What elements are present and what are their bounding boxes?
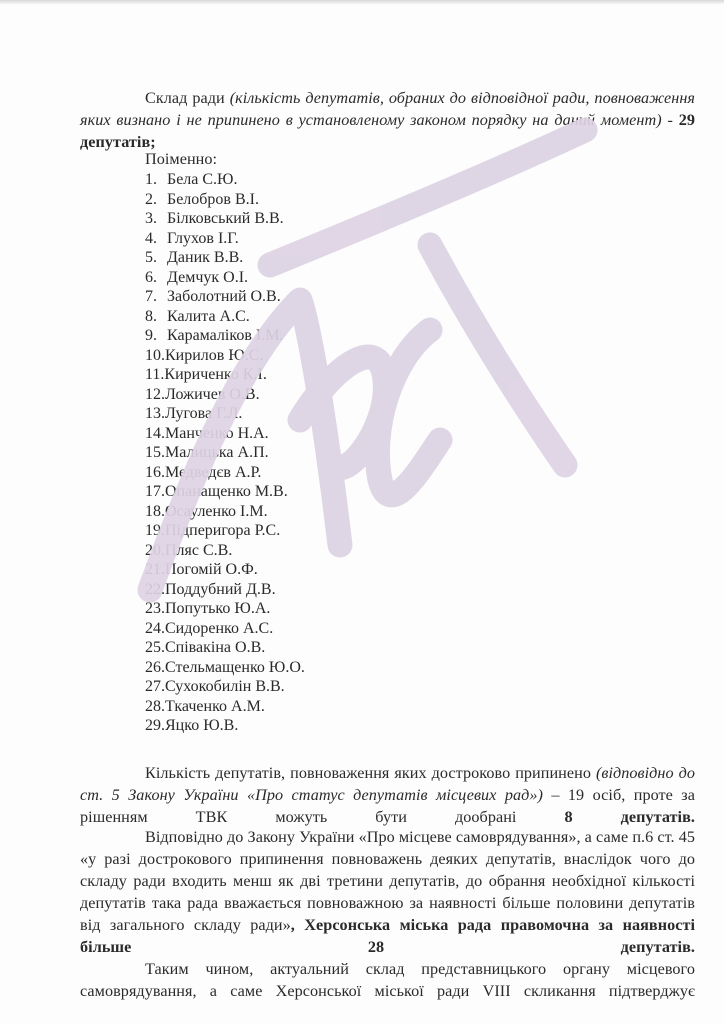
deputy-list-item: 4.Глухов І.Г. (145, 229, 545, 249)
deputy-list-item: 10.Кирилов Ю.С. (145, 346, 545, 366)
deputy-list-item: 27.Сухокобилін В.В. (145, 677, 545, 697)
deputy-list-item: 28.Ткаченко А.М. (145, 697, 545, 717)
deputy-name: Кирилов Ю.С. (165, 347, 263, 364)
deputy-number: 7. (145, 287, 167, 307)
deputy-number: 25. (145, 638, 165, 658)
law-comma: , (291, 916, 295, 934)
deputy-list-item: 8.Калита А.С. (145, 307, 545, 327)
deputy-name: Медведєв А.Р. (165, 464, 261, 481)
deputy-name: Демчук О.І. (167, 269, 248, 286)
deputy-name: Співакіна О.В. (165, 639, 265, 656)
deputy-name: Глухов І.Г. (167, 230, 239, 247)
deputy-list-item: 5.Даник В.В. (145, 248, 545, 268)
final-text: Таким чином, актуальний склад представни… (80, 960, 695, 1000)
deputy-number: 13. (145, 404, 165, 424)
deputy-list-item: 12.Ложичев О.В. (145, 385, 545, 405)
deputy-number: 20. (145, 541, 165, 561)
deputy-name: Сухокобилін В.В. (165, 678, 285, 695)
deputy-list-item: 13.Лугова Г.Л. (145, 404, 545, 424)
deputy-number: 15. (145, 443, 165, 463)
deputy-number: 18. (145, 502, 165, 522)
terminated-reelect-count: 8 депутатів. (564, 808, 695, 826)
composition-dash: - (662, 111, 679, 129)
deputy-list-item: 24.Сидоренко А.С. (145, 619, 545, 639)
deputy-number: 4. (145, 229, 167, 249)
deputy-list-item: 19.Підперигора Р.С. (145, 521, 545, 541)
deputy-number: 28. (145, 697, 165, 717)
deputy-number: 23. (145, 599, 165, 619)
deputy-list-item: 7.Заболотний О.В. (145, 287, 545, 307)
deputy-number: 22. (145, 580, 165, 600)
deputy-name: Лугова Г.Л. (165, 405, 242, 422)
deputy-number: 10. (145, 346, 165, 366)
terminated-deputies-paragraph: Кількість депутатів, повноваження яких д… (80, 762, 695, 828)
deputy-name: Поддубний Д.В. (165, 581, 276, 598)
deputy-name: Опанащенко М.В. (165, 483, 288, 500)
deputy-list-item: 26.Стельмащенко Ю.О. (145, 658, 545, 678)
deputy-list-item: 25.Співакіна О.В. (145, 638, 545, 658)
deputy-list-item: 18.Осауленко І.М. (145, 502, 545, 522)
deputy-number: 5. (145, 248, 167, 268)
deputy-list-item: 14.Манченко Н.А. (145, 424, 545, 444)
deputy-name: Даник В.В. (167, 249, 243, 266)
deputy-number: 9. (145, 326, 167, 346)
list-heading: Поіменно: (145, 148, 445, 170)
deputy-list-item: 15.Малицька А.П. (145, 443, 545, 463)
deputy-name: Білковський В.В. (167, 210, 284, 227)
deputy-list-item: 21.Погомій О.Ф. (145, 560, 545, 580)
deputy-name: Кириченко К.І. (164, 366, 266, 383)
composition-paragraph: Склад ради (кількість депутатів, обраних… (80, 87, 695, 153)
deputy-list-item: 3.Білковський В.В. (145, 209, 545, 229)
deputy-number: 6. (145, 268, 167, 288)
terminated-lead: Кількість депутатів, повноваження яких д… (145, 764, 591, 782)
deputy-number: 12. (145, 385, 165, 405)
deputy-name: Пляс С.В. (165, 542, 232, 559)
deputy-name: Яцко Ю.В. (165, 717, 238, 734)
deputy-name: Заболотний О.В. (167, 288, 281, 305)
deputy-list-item: 1.Бела С.Ю. (145, 170, 545, 190)
scanned-document-page: Склад ради (кількість депутатів, обраних… (0, 0, 724, 1024)
law-paragraph: Відповідно до Закону України «Про місцев… (80, 826, 695, 958)
deputy-list-item: 22.Поддубний Д.В. (145, 580, 545, 600)
deputy-name: Бела С.Ю. (167, 171, 238, 188)
deputy-list-item: 9.Карамаліков І.М. (145, 326, 545, 346)
deputy-name: Погомій О.Ф. (165, 561, 258, 578)
deputy-number: 17. (145, 482, 165, 502)
deputy-number: 2. (145, 190, 167, 210)
deputy-number: 19. (145, 521, 165, 541)
deputy-list-item: 2.Белобров В.І. (145, 190, 545, 210)
deputy-name: Попутько Ю.А. (165, 600, 270, 617)
deputy-number: 14. (145, 424, 165, 444)
deputy-number: 26. (145, 658, 165, 678)
deputy-list-item: 16.Медведєв А.Р. (145, 463, 545, 483)
deputy-number: 8. (145, 307, 167, 327)
final-paragraph: Таким чином, актуальний склад представни… (80, 958, 695, 1002)
deputy-name: Манченко Н.А. (165, 425, 269, 442)
deputy-number: 27. (145, 677, 165, 697)
deputy-name: Сидоренко А.С. (165, 620, 273, 637)
deputy-name: Ткаченко А.М. (165, 698, 265, 715)
deputy-list-item: 23.Попутько Ю.А. (145, 599, 545, 619)
deputy-name: Підперигора Р.С. (165, 522, 280, 539)
deputy-name: Стельмащенко Ю.О. (165, 659, 305, 676)
deputy-number: 29. (145, 716, 165, 736)
deputy-name: Белобров В.І. (167, 191, 259, 208)
deputy-list-item: 17.Опанащенко М.В. (145, 482, 545, 502)
deputy-list-item: 11.Кириченко К.І. (145, 365, 545, 385)
deputy-list-item: 29.Яцко Ю.В. (145, 716, 545, 736)
deputy-name: Калита А.С. (167, 308, 250, 325)
deputy-number: 21. (145, 560, 165, 580)
deputy-number: 11. (145, 365, 164, 385)
deputy-number: 24. (145, 619, 165, 639)
deputy-list-item: 20.Пляс С.В. (145, 541, 545, 561)
deputy-name: Ложичев О.В. (165, 386, 260, 403)
composition-lead: Склад ради (145, 89, 225, 107)
deputy-list-item: 6.Демчук О.І. (145, 268, 545, 288)
deputy-number: 1. (145, 170, 167, 190)
deputies-list: 1.Бела С.Ю.2.Белобров В.І.3.Білковський … (145, 170, 545, 736)
deputy-name: Карамаліков І.М. (167, 327, 283, 344)
deputy-number: 3. (145, 209, 167, 229)
deputy-name: Осауленко І.М. (165, 503, 268, 520)
deputy-number: 16. (145, 463, 165, 483)
deputy-name: Малицька А.П. (165, 444, 269, 461)
